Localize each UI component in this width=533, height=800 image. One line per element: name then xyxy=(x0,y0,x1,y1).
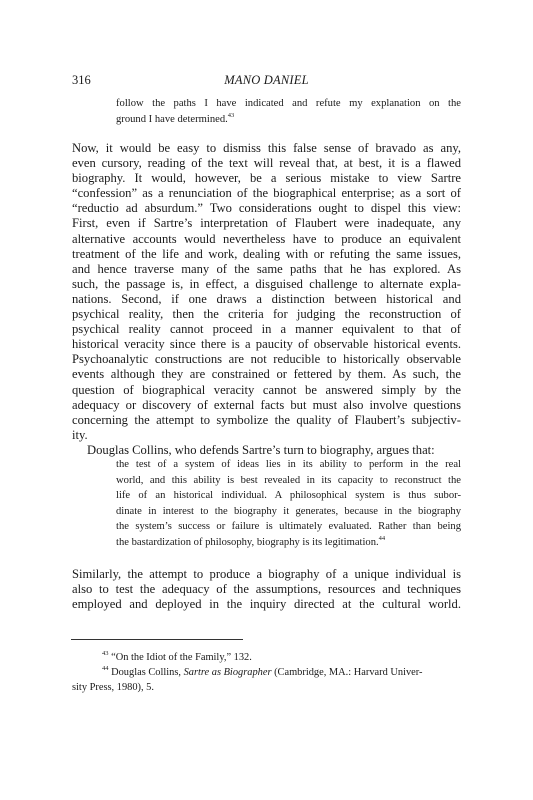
text-line: treatment of the life and work, dealing … xyxy=(72,247,461,262)
quote-line: the test of a system of ideas lies in it… xyxy=(116,457,461,473)
text-line: “reductio ad absurdum.” Two consideratio… xyxy=(72,201,461,216)
paragraph-2: Douglas Collins, who defends Sartre’s tu… xyxy=(72,443,461,458)
text-line: psychical reality, then the criteria for… xyxy=(72,307,461,322)
footnote-44: 44 Douglas Collins, Sartre as Biographer… xyxy=(72,666,412,681)
text-line: Psychoanalytic constructions are not red… xyxy=(72,352,461,367)
text-line: psychical reality cannot proceed in a ma… xyxy=(72,322,461,337)
quote-line: life of an historical individual. A phil… xyxy=(116,488,461,504)
text-line: adequacy or discovery of external facts … xyxy=(72,398,461,413)
text-line: such, the passage is, in effect, a disgu… xyxy=(72,277,461,292)
paragraph-1: Now, it would be easy to dismiss this fa… xyxy=(72,141,461,458)
text-line: question of biographical veracity cannot… xyxy=(72,383,461,398)
quote-line: world, and this ability is best revealed… xyxy=(116,473,461,489)
running-header: 316 MANO DANIEL xyxy=(72,73,461,89)
text-line: also to test the adequacy of the assumpt… xyxy=(72,582,461,597)
text-line: employed and deployed in the inquiry dir… xyxy=(72,597,461,612)
text-line: First, even if Sartre’s interpretation o… xyxy=(72,216,461,231)
footnote-number: 43 xyxy=(102,650,109,657)
text-line: even cursory, reading of the text will r… xyxy=(72,156,461,171)
document-page: 316 MANO DANIEL follow the paths I have … xyxy=(0,0,533,800)
text-line: and hence traverse many of the same path… xyxy=(72,262,461,277)
block-quote-collins: the test of a system of ideas lies in it… xyxy=(116,457,461,551)
running-title: MANO DANIEL xyxy=(72,73,461,88)
quote-line: the bastardization of philosophy, biogra… xyxy=(116,535,461,551)
paragraph-3: Similarly, the attempt to produce a biog… xyxy=(72,567,461,612)
text-line: Now, it would be easy to dismiss this fa… xyxy=(72,141,461,156)
book-title: Sartre as Biographer xyxy=(184,667,272,678)
text-line: alternative accounts would nevertheless … xyxy=(72,232,461,247)
footnote-number: 44 xyxy=(102,665,109,672)
footnote-43: 43 “On the Idiot of the Family,” 132. xyxy=(72,651,412,666)
footnote-44-continuation: sity Press, 1980), 5. xyxy=(72,681,412,696)
text-line: events although they are constrained or … xyxy=(72,367,461,382)
text-line: “confession” as a renunciation of the bi… xyxy=(72,186,461,201)
footnote-marker: 43 xyxy=(228,112,235,119)
text-line: nations. Second, if one draws a distinct… xyxy=(72,292,461,307)
footnote-divider xyxy=(71,639,243,640)
text-line: historical veracity since there is a pau… xyxy=(72,337,461,352)
quote-line: follow the paths I have indicated and re… xyxy=(116,96,461,112)
text-line: Similarly, the attempt to produce a biog… xyxy=(72,567,461,582)
text-line: biography. It would, however, be a serio… xyxy=(72,171,461,186)
footnote-marker: 44 xyxy=(379,535,386,542)
footnotes: 43 “On the Idiot of the Family,” 132. 44… xyxy=(72,651,412,695)
quote-line: the system’s success or failure is ultim… xyxy=(116,519,461,535)
quote-line: dinate in interest to the biography it g… xyxy=(116,504,461,520)
block-quote-continuation: follow the paths I have indicated and re… xyxy=(116,96,461,127)
quote-line: ground I have determined.43 xyxy=(116,112,461,128)
text-line: ity. xyxy=(72,428,461,443)
text-line: concerning the attempt to symbolize the … xyxy=(72,413,461,428)
